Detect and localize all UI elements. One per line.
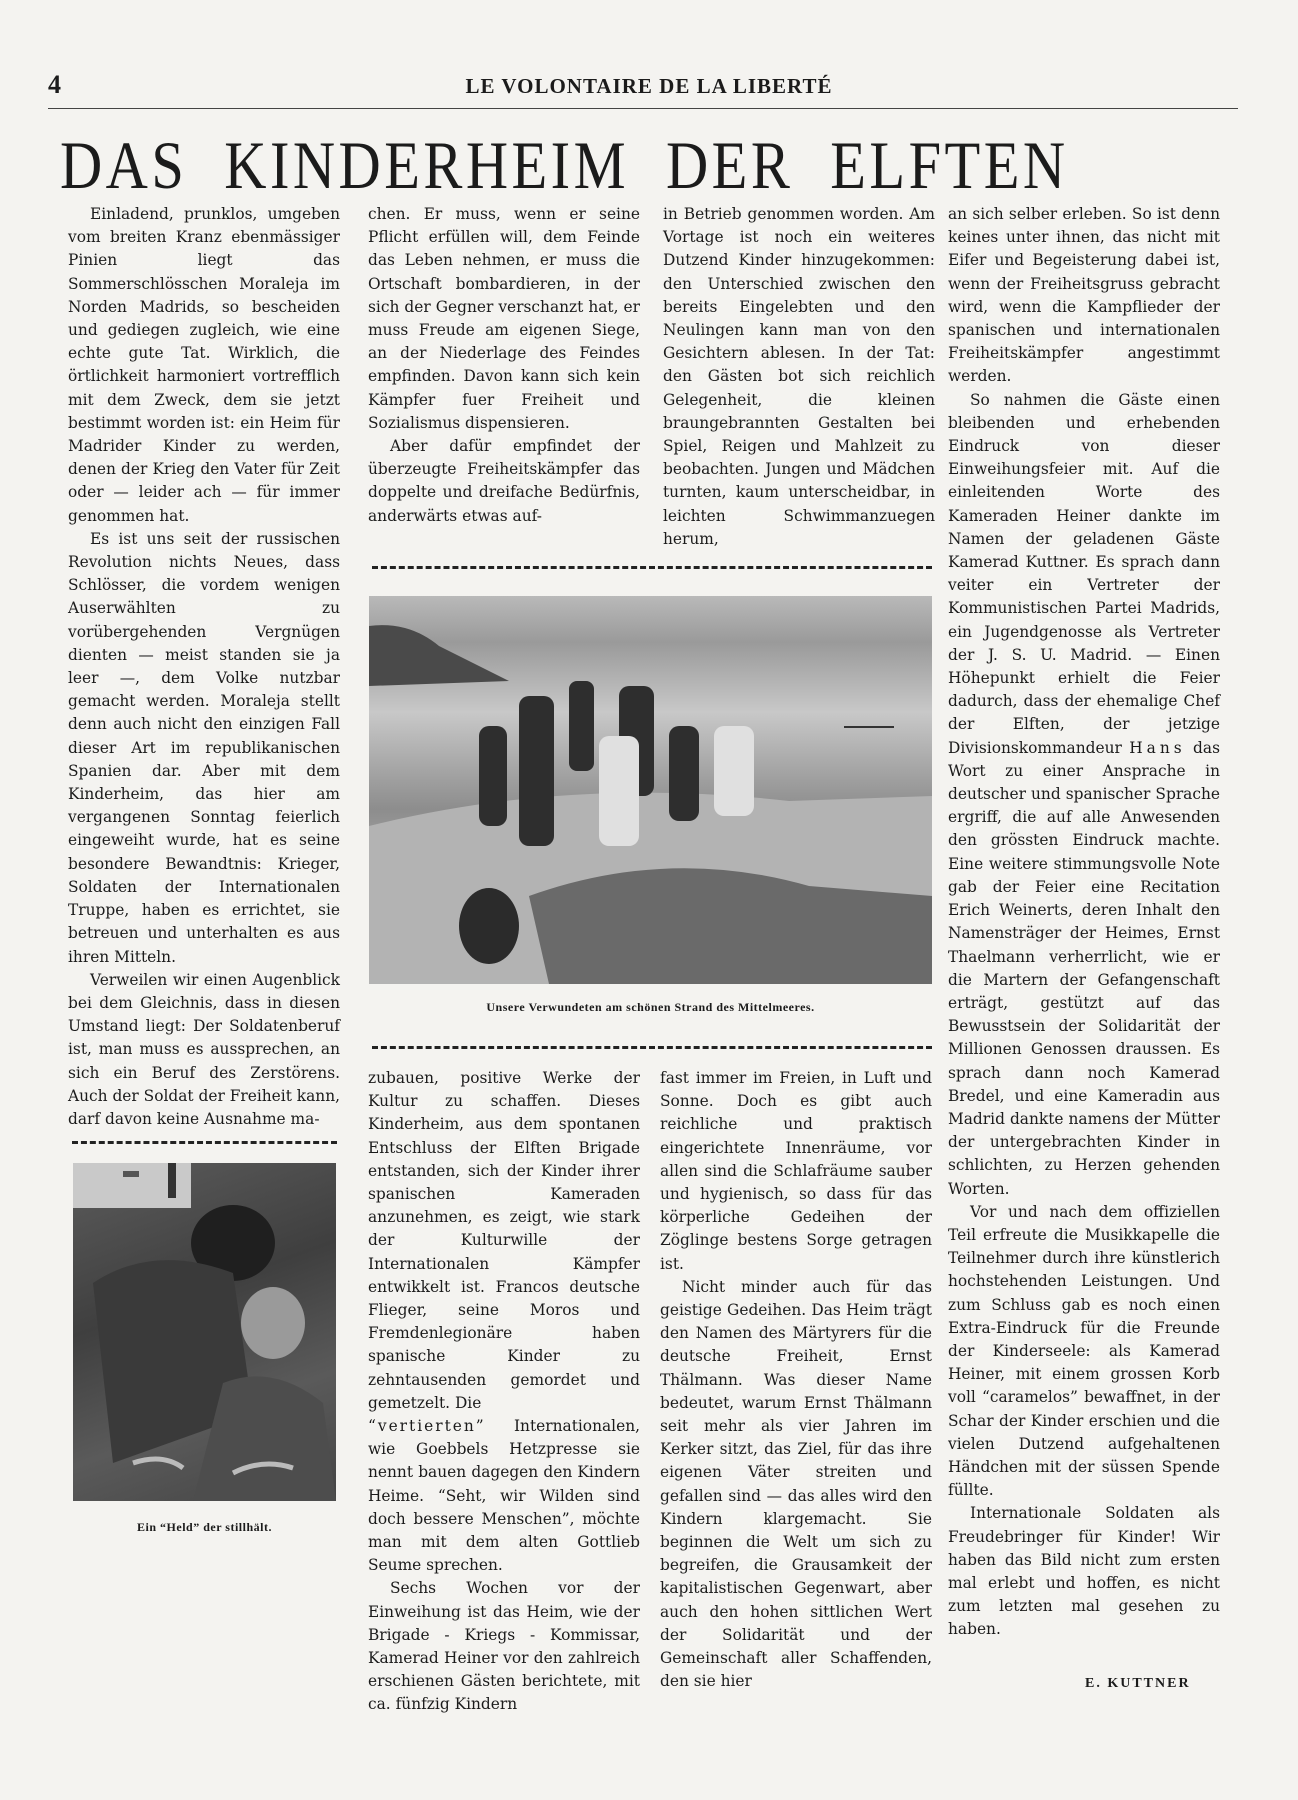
- article-headline: DAS KINDERHEIM DER ELFTEN: [60, 125, 1066, 205]
- article-column-2: chen. Er muss, wenn er seine Pflicht erf…: [368, 203, 640, 528]
- paragraph: zubauen, positive Werke der Kultur zu sc…: [368, 1067, 640, 1415]
- paragraph: chen. Er muss, wenn er seine Pflicht erf…: [368, 203, 640, 435]
- paragraph: Einladend, prunklos, umgeben vom breiten…: [68, 203, 340, 528]
- paragraph: Es ist uns seit der russischen Revolutio…: [68, 528, 340, 969]
- photo-beach-group-icon: [369, 596, 932, 984]
- paragraph: in Betrieb genommen worden. Am Vortage i…: [663, 203, 935, 551]
- dentist-photo: [73, 1163, 336, 1501]
- photo-dental-exam-icon: [73, 1163, 336, 1501]
- paragraph: “vertierten” Internationalen, wie Goebbe…: [368, 1415, 640, 1577]
- paragraph-text: das Wort zu einer Ansprache in deutscher…: [948, 739, 1220, 1198]
- dashed-divider: [372, 566, 932, 569]
- spaced-word: “vertierten”: [368, 1417, 486, 1435]
- dentist-photo-caption: Ein “Held” der stillhält.: [73, 1520, 336, 1535]
- author-signature: E. KUTTNER: [1085, 1676, 1191, 1692]
- paragraph-text: Internationalen, wie Goebbels Hetzpresse…: [368, 1417, 640, 1574]
- beach-photo-caption: Unsere Verwundeten am schönen Strand des…: [369, 1000, 932, 1015]
- dashed-divider: [372, 1046, 932, 1049]
- beach-photo: [369, 596, 932, 984]
- paragraph: Verweilen wir einen Augenblick bei dem G…: [68, 969, 340, 1131]
- paragraph: So nahmen die Gäste einen bleibenden und…: [948, 389, 1220, 1201]
- article-column-3-bottom: fast immer im Freien, in Luft und Sonne.…: [660, 1067, 932, 1693]
- article-column-2-bottom: zubauen, positive Werke der Kultur zu sc…: [368, 1067, 640, 1717]
- masthead-divider: [48, 108, 1238, 109]
- paragraph: Vor und nach dem offiziellen Teil erfreu…: [948, 1201, 1220, 1503]
- paragraph: Internationale Soldaten als Freudebringe…: [948, 1502, 1220, 1641]
- paragraph: Aber dafür empfindet der überzeugte Frei…: [368, 435, 640, 528]
- article-column-1: Einladend, prunklos, umgeben vom breiten…: [68, 203, 340, 1131]
- article-column-4: an sich selber erleben. So ist denn kein…: [948, 203, 1220, 1642]
- paragraph-text: So nahmen die Gäste einen bleibenden und…: [948, 391, 1220, 757]
- paragraph: Sechs Wochen vor der Einweihung ist das …: [368, 1577, 640, 1716]
- paragraph: fast immer im Freien, in Luft und Sonne.…: [660, 1067, 932, 1276]
- dashed-divider: [72, 1141, 337, 1144]
- paragraph: Nicht minder auch für das geistige Gedei…: [660, 1276, 932, 1694]
- publication-title: LE VOLONTAIRE DE LA LIBERTÉ: [0, 74, 1298, 99]
- spaced-name: Hans: [1129, 739, 1185, 757]
- article-column-3: in Betrieb genommen worden. Am Vortage i…: [663, 203, 935, 551]
- paragraph: an sich selber erleben. So ist denn kein…: [948, 203, 1220, 389]
